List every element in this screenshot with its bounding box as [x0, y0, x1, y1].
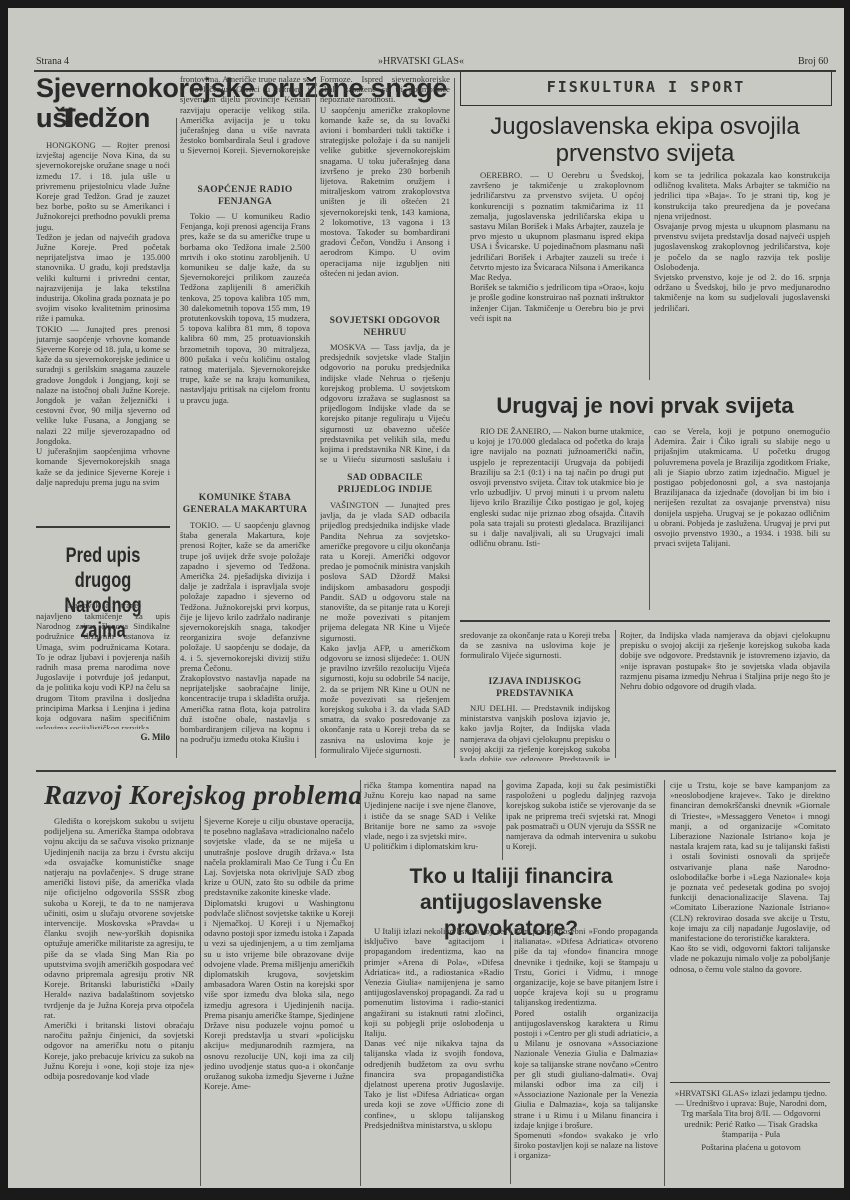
article-text: TOKIO. — U saopćenju glavnog štaba gener…: [180, 520, 310, 744]
sad-odbacile-continued: sredovanje za okončanje rata u Koreji tr…: [460, 630, 610, 660]
article-text: VAŠINGTON — Junajted pres javlja, da je …: [320, 500, 450, 755]
article-text: cao se Verela, koji je potpuno onemogući…: [654, 426, 830, 548]
subhead-indijski-predstavnik: IZJAVA INDIJSKOG PREDSTAVNIKA: [460, 676, 610, 700]
nehru-text: MOSKVA — Tass javlja, da je predsjednik …: [320, 342, 450, 462]
article-text: Sjeverne Koreje u cilju obustave operaci…: [204, 816, 354, 1091]
article-text: NJU DELHI. — Predstavnik indijskog minis…: [460, 703, 610, 761]
razvoj-col2: Sjeverne Koreje u cilju obustave operaci…: [204, 816, 354, 1186]
article-text: rička štampa komentira napad na Južnu Ko…: [364, 780, 496, 851]
article-text: U Italiji izlazi nekoliko listova koji s…: [364, 926, 504, 1130]
italija-col3: cije u Trstu, koje se bave kampanjom za …: [670, 780, 830, 1070]
article-text: Gledišta o korejskom sukobu u svijetu po…: [44, 816, 194, 1081]
column-rule: [649, 436, 650, 610]
narodni-zajam-text: najavljeno takmičenje za upis Narodnog z…: [36, 611, 170, 729]
article-text: MOSKVA — Tass javlja, da je predsjednik …: [320, 342, 450, 462]
article-text: najavljeno takmičenje za upis Narodnog z…: [36, 611, 170, 729]
subhead-nehru: SOVJETSKI ODGOVOR NEHRUU: [320, 315, 450, 339]
urugvaj-col2: cao se Verela, koji je potpuno onemogući…: [654, 426, 830, 610]
radio-fenjang-text: Tokio — U komunikeu Radio Fenjanga, koji…: [180, 211, 310, 481]
section-label-sport: FISKULTURA I SPORT: [460, 70, 832, 106]
section-divider: [460, 620, 830, 622]
newspaper-page: Strana 4 »HRVATSKI GLAS« Broj 60 Sjevern…: [8, 8, 844, 1188]
article-text: kom se ta jedrilica pokazala kao konstru…: [654, 170, 830, 313]
sad-odbacile-text: VAŠINGTON — Junajted pres javlja, da je …: [320, 500, 450, 760]
italija-col1: U Italiji izlazi nekoliko listova koji s…: [364, 926, 504, 1184]
continuation-note: (Nastavak sa 1 strane): [36, 600, 170, 610]
razvoj-col4: govima Zapada, koji su čak pesimistički …: [506, 780, 656, 860]
headline-italija-line1: Tko u Italiji financira: [364, 864, 658, 890]
korea-col2: frontovima. Američke trupe nalaze se u p…: [180, 74, 310, 154]
article-text: kom postoji posebni »Fondo propaganda it…: [514, 926, 658, 1161]
article-text: Formoze. Ispred sjevernokorejske obale z…: [320, 74, 450, 278]
subhead-sad-odbacile: SAD ODBACILE PRIJEDLOG INDIJE: [320, 472, 450, 496]
postage-note: Poštarina plaćena u gotovom: [674, 1142, 828, 1152]
article-text: Tokio — U komunikeu Radio Fenjanga, koji…: [180, 211, 310, 405]
article-text: Rojter, da Indijska vlada namjerava da o…: [620, 630, 830, 691]
headline-razvoj: Razvoj Korejskog problema: [44, 780, 363, 811]
article-text: RIO DE ŽANEIRO, — Nakon burne utakmice, …: [470, 426, 644, 548]
article-text: OEREBRO. — U Oerebru u Švedskoj, završen…: [470, 170, 644, 323]
jedrilicari-col2: kom se ta jedrilica pokazala kao konstru…: [654, 170, 830, 380]
makartur-text: TOKIO. — U saopćenju glavnog štaba gener…: [180, 520, 310, 760]
article-text: HONGKONG — Rojter prenosi izvještaj agen…: [36, 140, 170, 487]
korea-col3: Formoze. Ispred sjevernokorejske obale z…: [320, 74, 450, 304]
article-text: frontovima. Američke trupe nalaze se u p…: [180, 74, 310, 154]
column-rule: [315, 78, 316, 758]
article-text: cije u Trstu, koje se bave kampanjom za …: [670, 780, 830, 974]
column-rule: [176, 118, 177, 758]
impressum-rule: [670, 1082, 830, 1083]
jedrilicari-col1: OEREBRO. — U Oerebru u Švedskoj, završen…: [470, 170, 644, 380]
indijski-predstavnik-col2: Rojter, da Indijska vlada namjerava da o…: [620, 630, 830, 758]
headline-jedrilicari: Jugoslavenska ekipa osvojila prvenstvo s…: [460, 113, 830, 167]
column-rule: [502, 780, 503, 860]
column-rule: [615, 630, 616, 758]
column-rule: [200, 816, 201, 1186]
section-divider: [36, 770, 836, 772]
section-divider: [36, 526, 170, 528]
masthead: »HRVATSKI GLAS«: [378, 56, 464, 67]
italija-col2: kom postoji posebni »Fondo propaganda it…: [514, 926, 658, 1184]
issue-number: Broj 60: [798, 56, 828, 67]
author-signature: G. Milo: [36, 732, 170, 742]
subhead-makartur: KOMUNIKE ŠTABA GENERALA MAKARTURA: [180, 492, 310, 516]
indijski-predstavnik-col1: NJU DELHI. — Predstavnik indijskog minis…: [460, 703, 610, 761]
column-rule: [360, 780, 361, 1186]
headline-korea-line2: u Tedžon: [36, 103, 150, 133]
column-rule: [510, 926, 511, 1184]
column-rule: [454, 78, 455, 758]
urugvaj-col1: RIO DE ŽANEIRO, — Nakon burne utakmice, …: [470, 426, 644, 610]
razvoj-col1: Gledišta o korejskom sukobu u svijetu po…: [44, 816, 194, 1186]
article-text: govima Zapada, koji su čak pesimistički …: [506, 780, 656, 851]
subhead-radio-fenjang: SAOPĆENJE RADIO FENJANGA: [180, 184, 310, 208]
headline-urugvaj: Urugvaj je novi prvak svijeta: [460, 393, 830, 419]
article-text: sredovanje za okončanje rata u Koreji tr…: [460, 630, 610, 660]
impressum: »HRVATSKI GLAS« izlazi jedampu tjedno. —…: [674, 1088, 828, 1138]
korea-col1: HONGKONG — Rojter prenosi izvještaj agen…: [36, 140, 170, 520]
razvoj-col3: rička štampa komentira napad na Južnu Ko…: [364, 780, 496, 860]
column-rule: [664, 780, 665, 1186]
column-rule: [649, 170, 650, 380]
page-number: Strana 4: [36, 56, 69, 67]
